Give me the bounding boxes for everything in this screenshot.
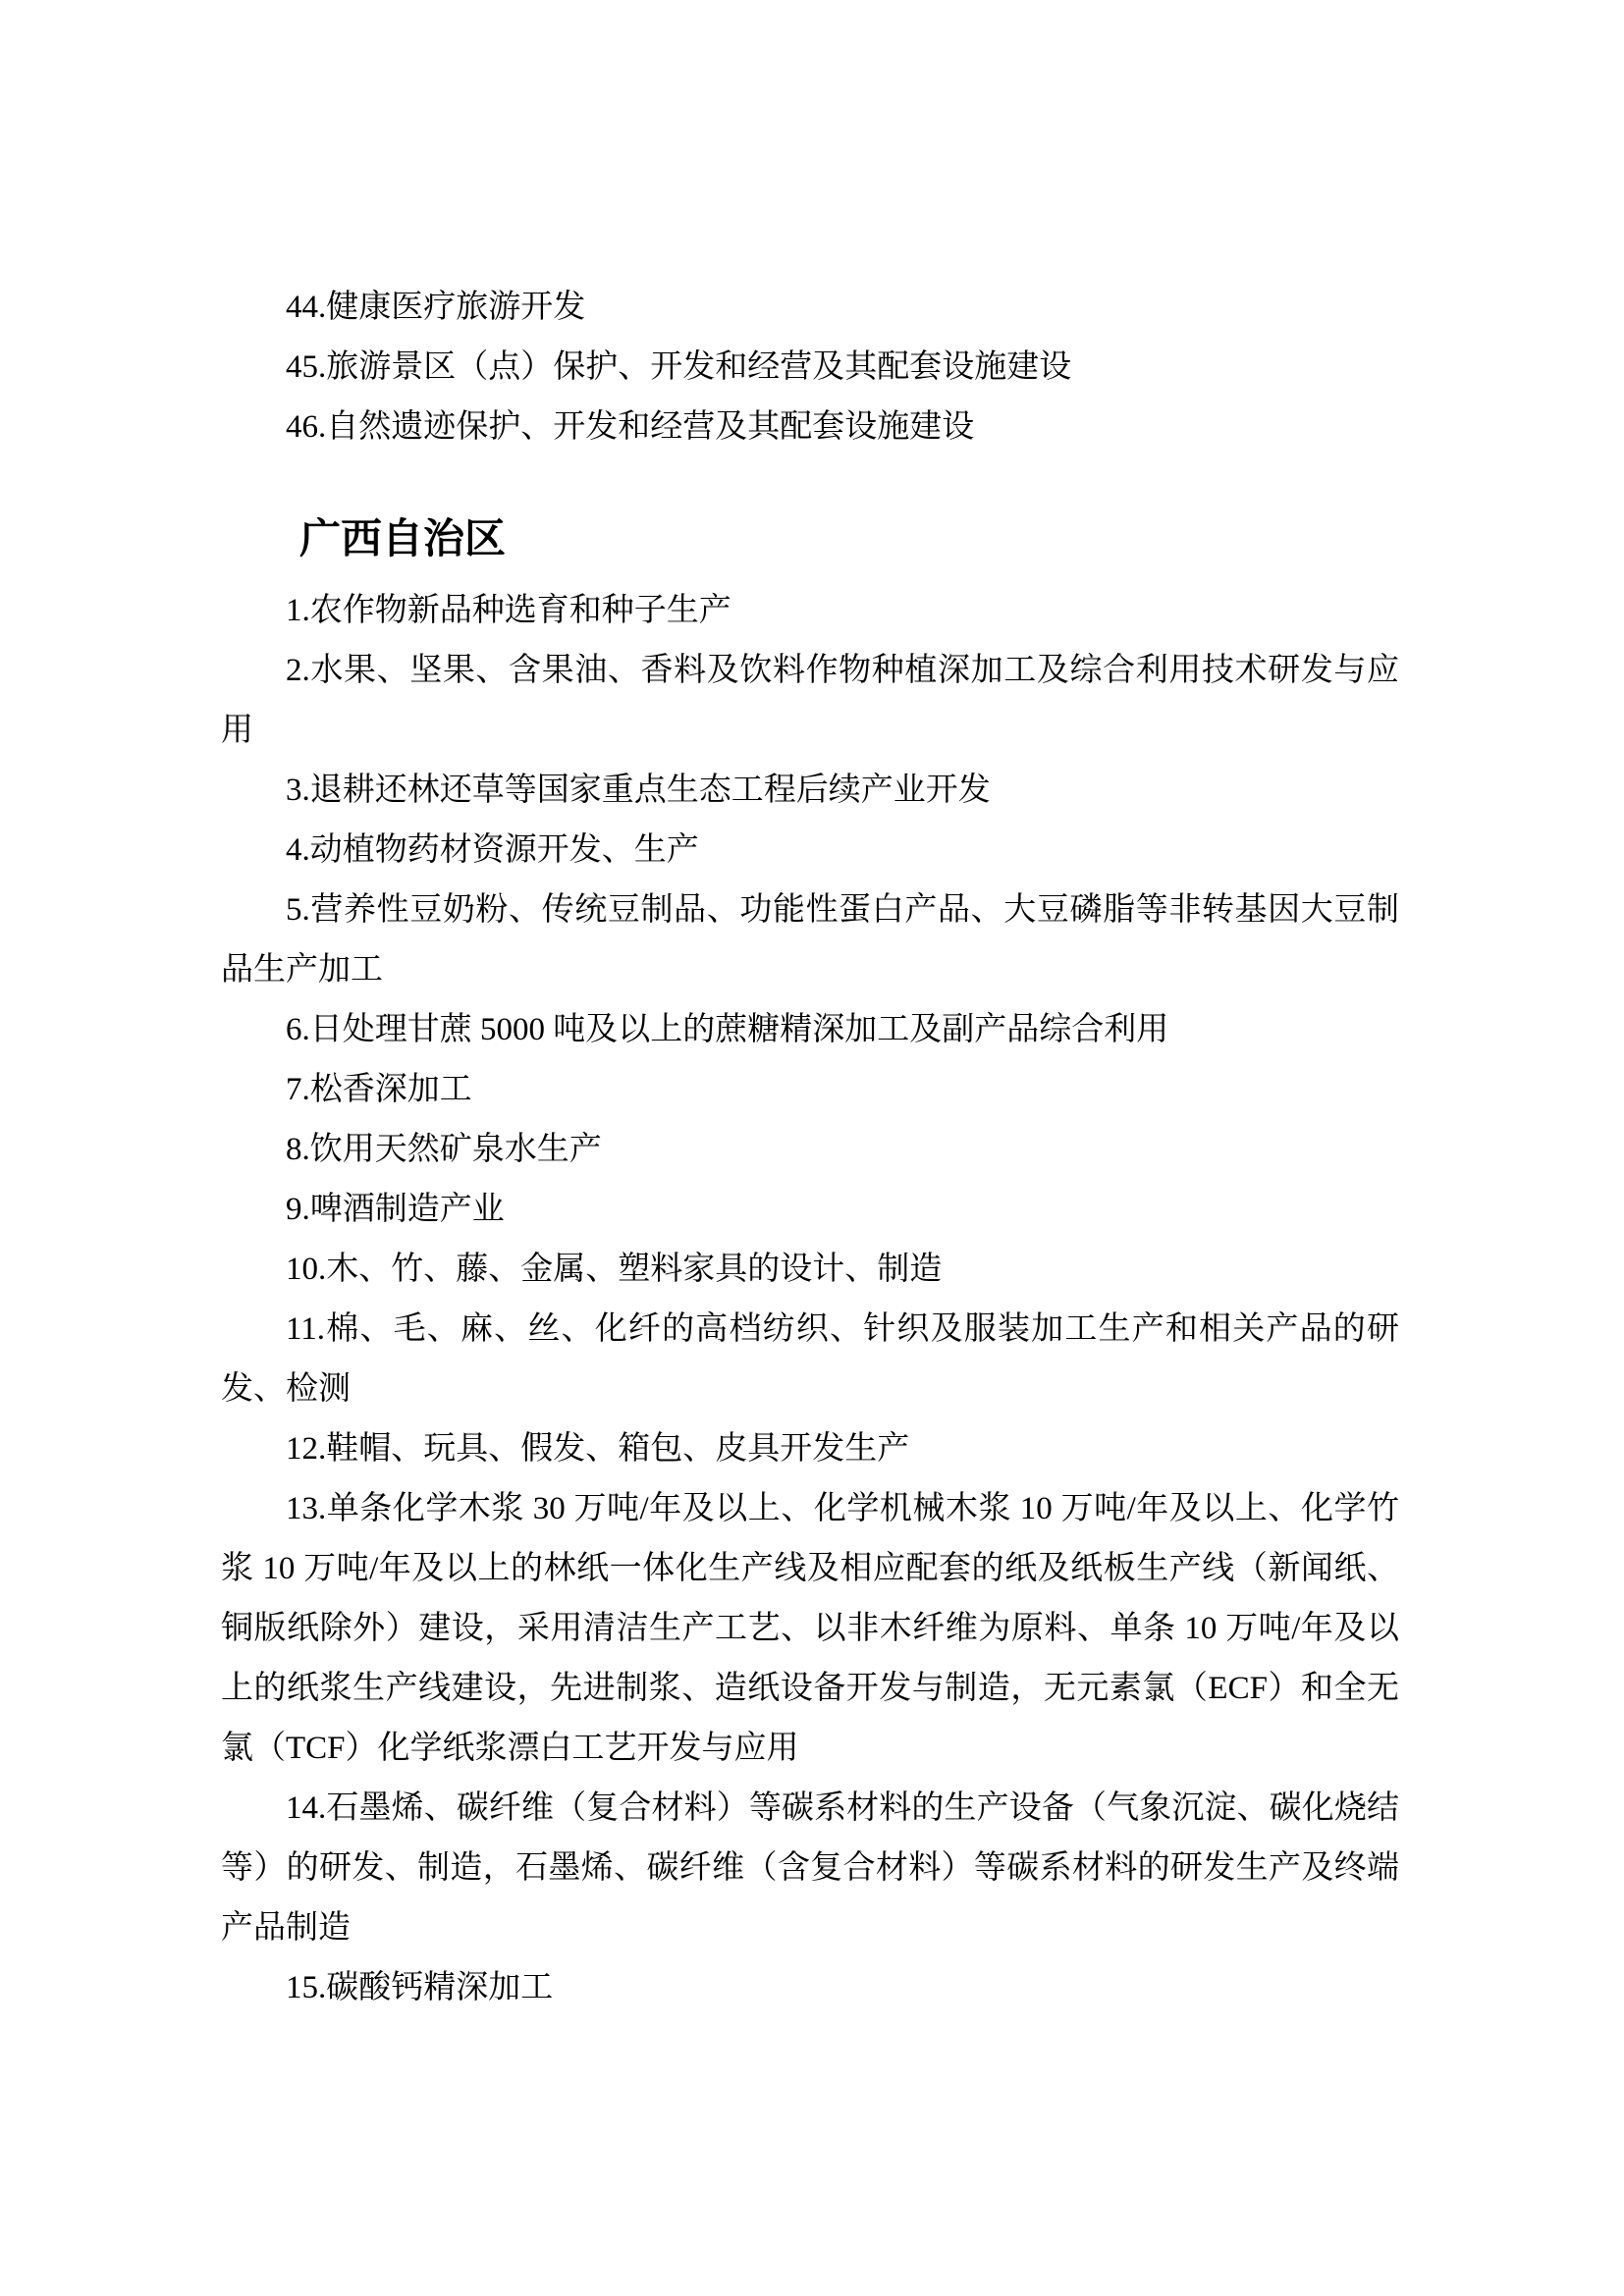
section-heading: 广西自治区: [221, 507, 1399, 570]
previous-section-items: 44.健康医疗旅游开发45.旅游景区（点）保护、开发和经营及其配套设施建设46.…: [221, 278, 1399, 457]
list-item: 8.饮用天然矿泉水生产: [221, 1120, 1399, 1180]
list-item: 11.棉、毛、麻、丝、化纤的高档纺织、针织及服装加工生产和相关产品的研发、检测: [221, 1300, 1399, 1419]
list-item: 13.单条化学木浆 30 万吨/年及以上、化学机械木浆 10 万吨/年及以上、化…: [221, 1479, 1399, 1779]
list-item: 45.旅游景区（点）保护、开发和经营及其配套设施建设: [221, 338, 1399, 398]
list-item: 10.木、竹、藤、金属、塑料家具的设计、制造: [221, 1240, 1399, 1300]
list-item: 5.营养性豆奶粉、传统豆制品、功能性蛋白产品、大豆磷脂等非转基因大豆制品生产加工: [221, 881, 1399, 1000]
list-item: 12.鞋帽、玩具、假发、箱包、皮具开发生产: [221, 1419, 1399, 1479]
list-item: 7.松香深加工: [221, 1060, 1399, 1120]
list-item: 6.日处理甘蔗 5000 吨及以上的蔗糖精深加工及副产品综合利用: [221, 1000, 1399, 1060]
list-item: 1.农作物新品种选育和种子生产: [221, 581, 1399, 641]
list-item: 2.水果、坚果、含果油、香料及饮料作物种植深加工及综合利用技术研发与应用: [221, 641, 1399, 761]
list-item: 15.碳酸钙精深加工: [221, 1958, 1399, 2018]
list-item: 9.啤酒制造产业: [221, 1180, 1399, 1240]
list-item: 3.退耕还林还草等国家重点生态工程后续产业开发: [221, 761, 1399, 821]
document-page: 44.健康医疗旅游开发45.旅游景区（点）保护、开发和经营及其配套设施建设46.…: [0, 0, 1624, 2296]
list-item: 4.动植物药材资源开发、生产: [221, 821, 1399, 881]
list-item: 46.自然遗迹保护、开发和经营及其配套设施建设: [221, 398, 1399, 457]
section-items: 1.农作物新品种选育和种子生产2.水果、坚果、含果油、香料及饮料作物种植深加工及…: [221, 581, 1399, 2018]
document-content: 44.健康医疗旅游开发45.旅游景区（点）保护、开发和经营及其配套设施建设46.…: [221, 0, 1399, 2018]
list-item: 44.健康医疗旅游开发: [221, 278, 1399, 338]
list-item: 14.石墨烯、碳纤维（复合材料）等碳系材料的生产设备（气象沉淀、碳化烧结等）的研…: [221, 1779, 1399, 1958]
